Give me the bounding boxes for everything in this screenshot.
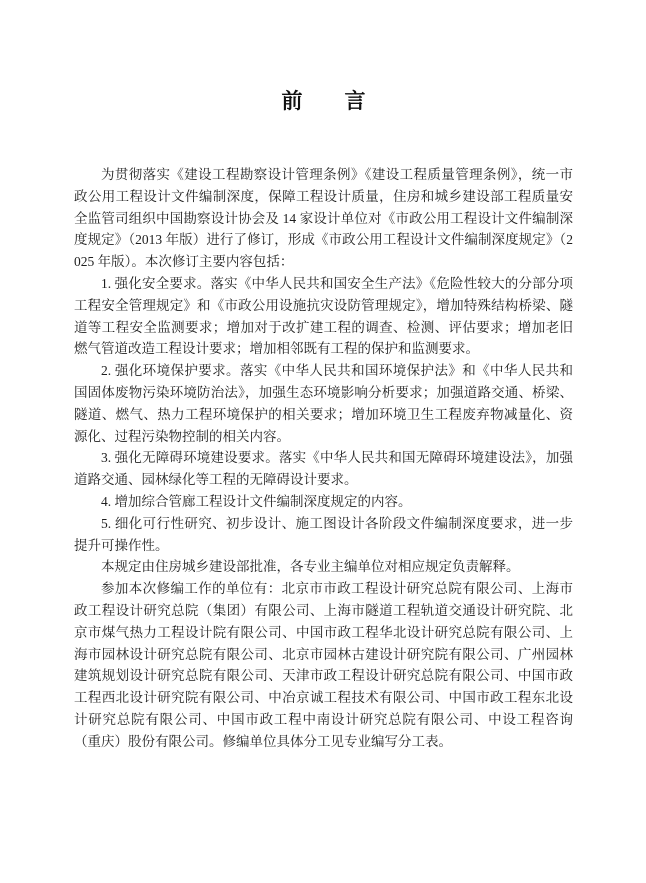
paragraph-approval: 本规定由住房城乡建设部批准，各专业主编单位对相应规定负责解释。	[74, 556, 573, 578]
paragraph-participating-units: 参加本次修编工作的单位有：北京市市政工程设计研究总院有限公司、上海市政工程设计研…	[74, 578, 573, 752]
paragraph-item-1-safety: 1. 强化安全要求。落实《中华人民共和国安全生产法》《危险性较大的分部分项工程安…	[74, 273, 573, 360]
paragraph-item-4-utility-tunnel: 4. 增加综合管廊工程设计文件编制深度规定的内容。	[74, 491, 573, 513]
document-body: 为贯彻落实《建设工程勘察设计管理条例》《建设工程质量管理条例》，统一市政公用工程…	[74, 164, 573, 753]
page-title: 前 言	[74, 90, 573, 112]
paragraph-intro: 为贯彻落实《建设工程勘察设计管理条例》《建设工程质量管理条例》，统一市政公用工程…	[74, 164, 573, 273]
paragraph-item-3-accessibility: 3. 强化无障碍环境建设要求。落实《中华人民共和国无障碍环境建设法》，加强道路交…	[74, 447, 573, 491]
document-page: 前 言 为贯彻落实《建设工程勘察设计管理条例》《建设工程质量管理条例》，统一市政…	[0, 0, 646, 883]
paragraph-item-5-refinement: 5. 细化可行性研究、初步设计、施工图设计各阶段文件编制深度要求，进一步提升可操…	[74, 513, 573, 557]
paragraph-item-2-environment: 2. 强化环境保护要求。落实《中华人民共和国环境保护法》和《中华人民共和国固体废…	[74, 360, 573, 447]
